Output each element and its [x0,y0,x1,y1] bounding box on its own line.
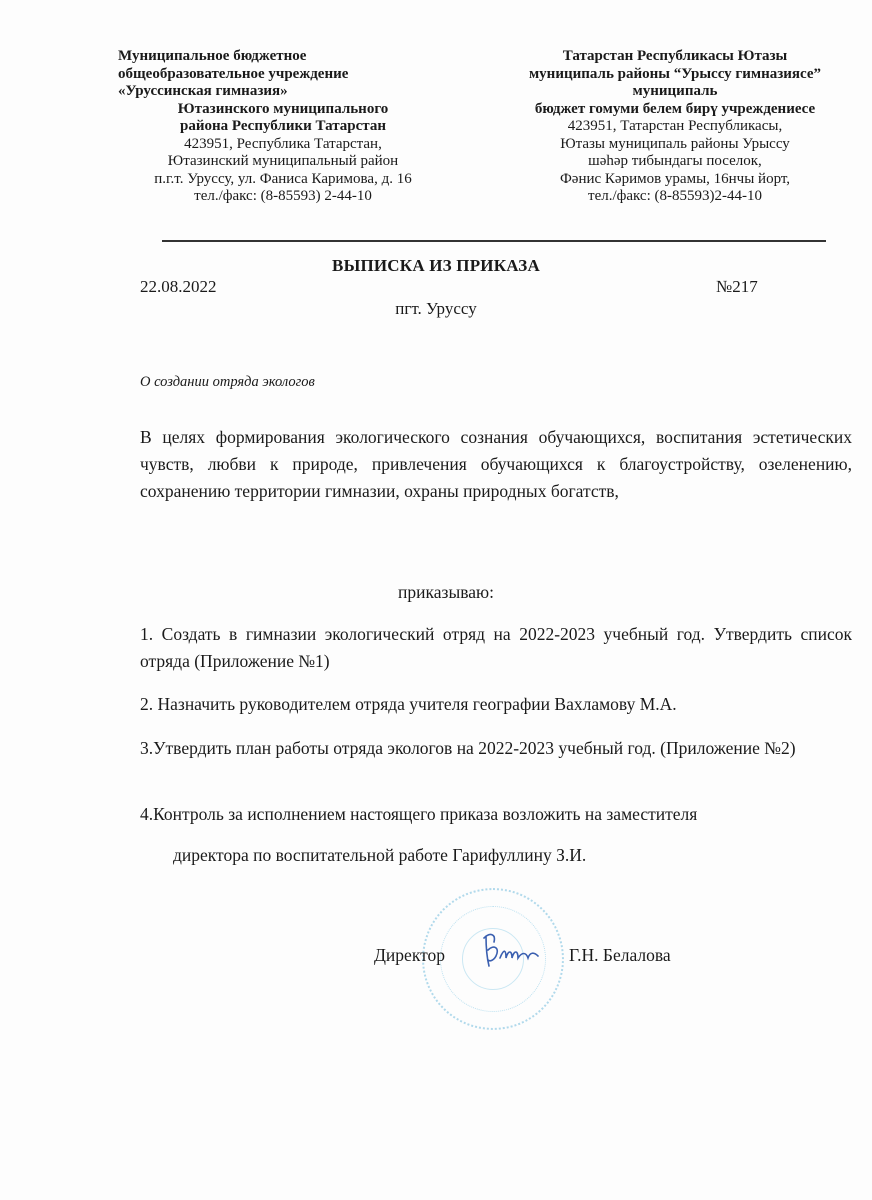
header-right-line: 423951, Татарстан Республикасы, [500,118,850,136]
order-item-4: 4.Контроль за исполнением настоящего при… [140,801,852,828]
header-right-line: муниципаль районы “Урыссу гимназиясе” [500,66,850,84]
header-left-line: «Уруссинская гимназия» [118,83,438,101]
document-title: ВЫПИСКА ИЗ ПРИКАЗА [0,256,872,276]
order-item-4-continued: директора по воспитательной работе Гариф… [173,842,872,869]
header-divider [162,240,826,242]
header-left-line: 423951, Республика Татарстан, [118,136,448,154]
order-item-3: 3.Утвердить план работы отряда экологов … [140,735,852,762]
order-item-2: 2. Назначить руководителем отряда учител… [140,691,852,718]
signature-icon [476,928,546,973]
header-left-line: тел./факс: (8-85593) 2-44-10 [118,188,448,206]
order-date: 22.08.2022 [140,277,217,297]
header-right-line: Фәнис Кәримов урамы, 16нчы йорт, [500,171,850,189]
header-right-line: бюджет гомуми белем бирү учреждениесе [500,101,850,119]
document-page: Муниципальное бюджетное общеобразователь… [0,0,872,1200]
header-right-tatar: Татарстан Республикасы Ютазы муниципаль … [500,48,850,206]
header-left-russian: Муниципальное бюджетное общеобразователь… [118,48,438,206]
order-item-1: 1. Создать в гимназии экологический отря… [140,621,852,675]
header-right-line: шәһәр тибындагы поселок, [500,153,850,171]
order-place: пгт. Уруссу [0,299,872,319]
header-left-line: общеобразовательное учреждение [118,66,438,84]
header-right-line: тел./факс: (8-85593)2-44-10 [500,188,850,206]
header-left-line: Ютазинский муниципальный район [118,153,448,171]
order-number: №217 [716,277,758,297]
header-left-line: района Республики Татарстан [118,118,448,136]
order-preamble: В целях формирования экологического созн… [140,424,852,505]
header-right-line: муниципаль [500,83,850,101]
header-right-line: Ютазы муниципаль районы Урыссу [500,136,850,154]
signatory-role: Директор [374,945,445,966]
order-subject: О создании отряда экологов [140,374,315,391]
order-directive: приказываю: [0,582,872,603]
header-left-line: Ютазинского муниципального [118,101,448,119]
header-left-line: Муниципальное бюджетное [118,48,438,66]
header-left-line: п.г.т. Уруссу, ул. Фаниса Каримова, д. 1… [118,171,448,189]
signatory-name: Г.Н. Белалова [569,945,671,966]
header-right-line: Татарстан Республикасы Ютазы [500,48,850,66]
